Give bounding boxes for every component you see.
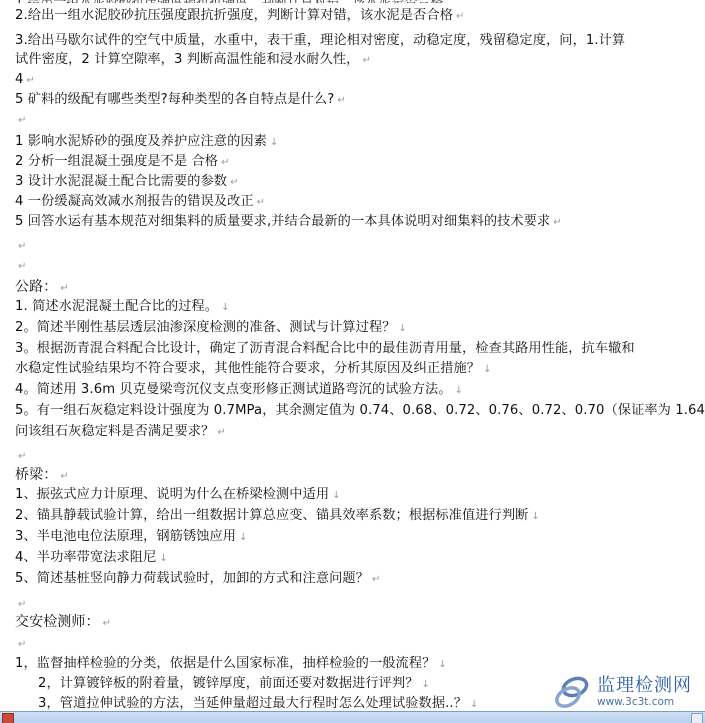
empty-paragraph: ↵ [15,596,26,613]
line-break-icon: ↓ [332,490,340,501]
paragraph-mark-icon: ↵ [362,55,370,66]
empty-paragraph: ↵ [15,258,26,275]
paragraph-mark-icon: ↵ [217,427,225,438]
watermark-title: 监理检测网 [597,676,692,696]
paragraph-mark-icon: ↵ [18,261,26,272]
view-toggle-icon[interactable] [691,713,703,723]
watermark-logo: 监理检测网 www.3c3t.com [553,672,703,712]
paragraph-mark-icon: ↵ [18,599,26,610]
status-bar [0,711,705,723]
paragraph-mark-icon: ↵ [553,217,561,228]
bridge-item-2: 2、锚具静载试验计算，给出一组数据计算总应变、锚具效率系数；根据标准值进行判断↓ [15,508,540,525]
line-break-icon: ↓ [483,364,491,375]
line-break-icon: ↓ [531,511,539,522]
paragraph-mark-icon: ↵ [456,11,464,22]
line-break-icon: ↓ [438,659,446,670]
highway-item-4: 4。简述用 3.6m 贝克曼梁弯沉仪支点变形修正测试道路弯沉的试验方法。↓ [15,382,463,399]
paragraph-mark-icon: ↵ [372,574,380,585]
traffic-item-1: 1，监督抽样检验的分类，依据是什么国家标准，抽样检验的一般流程？↓ [15,656,447,673]
bridge-item-3: 3、半电池电位法原理，钢筋锈蚀应用↓ [15,529,248,546]
empty-paragraph: ↵ [15,238,26,255]
line-break-icon: ↓ [399,323,407,334]
list-a-item-4: 4 一份缓凝高效减水剂报告的错误及改正↵ [15,194,265,211]
line-break-icon: ↓ [270,137,278,148]
paragraph-mark-icon: ↵ [257,197,265,208]
intro-line-5: 5 矿料的级配有哪些类型?每种类型的各自特点是什么?↵ [15,92,346,109]
paragraph-mark-icon: ↵ [18,115,26,126]
paragraph-mark-icon: ↵ [18,451,26,462]
document-icon[interactable] [2,713,14,723]
intro-line-4: 4↵ [15,72,35,89]
list-a-item-5: 5 回答水运有基本规范对细集料的质量要求,并结合最新的一本具体说明对细集料的技术… [15,214,562,231]
cut-off-line: 1.给出一组水泥胶砂抗压强度跟抗折强度，判断计算对错，该水泥是否合格 [15,0,443,3]
line-break-icon: ↓ [159,553,167,564]
document-page[interactable]: 1.给出一组水泥胶砂抗压强度跟抗折强度，判断计算对错，该水泥是否合格 2.给出一… [0,0,705,712]
paragraph-mark-icon: ↵ [60,471,68,482]
intro-line-2: 2.给出一组水泥胶砂抗压强度跟抗折强度，判断计算对错，该水泥是否合格↵ [15,8,464,25]
bridge-item-4: 4、半功率带宽法求阻尼↓ [15,550,168,567]
empty-paragraph: ↵ [15,448,26,465]
highway-item-2: 2。简述半刚性基层透层油渗深度检测的准备、测试与计算过程？↓ [15,320,407,337]
intro-line-3-cont: 试件密度，2 计算空隙率，3 判断高温性能和浸水耐久性，↵ [15,52,371,69]
paragraph-mark-icon: ↵ [60,283,68,294]
highway-item-5: 5。有一组石灰稳定料设计强度为 0.7MPa，其余测定值为 0.74、0.68、… [15,403,705,419]
paragraph-mark-icon: ↵ [18,639,26,650]
intro-line-3: 3.给出马歇尔试件的空气中质量，水重中，表干重，理论相对密度，动稳定度，残留稳定… [15,33,625,49]
line-break-icon: ↓ [455,385,463,396]
traffic-item-2: 2，计算镀锌板的附着量，镀锌厚度，前面还要对数据进行评判？↓ [38,676,430,693]
paragraph-mark-icon: ↵ [18,241,26,252]
line-break-icon: ↓ [470,699,478,710]
section-heading-traffic-safety: 交安检测师：↵ [15,614,111,632]
line-break-icon: ↓ [239,532,247,543]
paragraph-mark-icon: ↵ [230,177,238,188]
section-heading-bridge: 桥梁：↵ [15,467,69,485]
highway-item-1: 1. 简述水泥混凝土配合比的过程。↓ [15,299,230,316]
paragraph-mark-icon: ↵ [27,75,35,86]
bridge-item-5: 5、简述基桩竖向静力荷载试验时，加卸的方式和注意问题？↵ [15,571,380,588]
empty-paragraph: ↵ [15,112,26,129]
list-a-item-3: 3 设计水泥混凝土配合比需要的参数↵ [15,174,239,191]
empty-paragraph: ↵ [15,636,26,653]
site-logo-icon [553,675,593,709]
paragraph-mark-icon: ↵ [103,618,111,629]
highway-item-3-cont: 水稳定性试验结果均不符合要求，其他性能符合要求，分析其原因及纠正措施？↓ [15,361,492,378]
list-a-item-2: 2 分析一组混凝土强度是不是 合格↵ [15,154,230,171]
bridge-item-1: 1、振弦式应力计原理、说明为什么在桥梁检测中适用↓ [15,487,341,504]
line-break-icon: ↓ [221,302,229,313]
watermark-url: www.3c3t.com [597,696,692,708]
highway-item-3: 3。根据沥青混合料配合比设计，确定了沥青混合料配合比中的最佳沥青用量，检查其路用… [15,341,635,357]
section-heading-highway: 公路：↵ [15,279,69,297]
highway-item-5-cont: 问该组石灰稳定料是否满足要求？↵ [15,424,226,441]
list-a-item-1: 1 影响水泥矫砂的强度及养护应注意的因素↓ [15,134,278,151]
paragraph-mark-icon: ↵ [221,157,229,168]
line-break-icon: ↓ [422,679,430,690]
paragraph-mark-icon: ↵ [337,95,345,106]
